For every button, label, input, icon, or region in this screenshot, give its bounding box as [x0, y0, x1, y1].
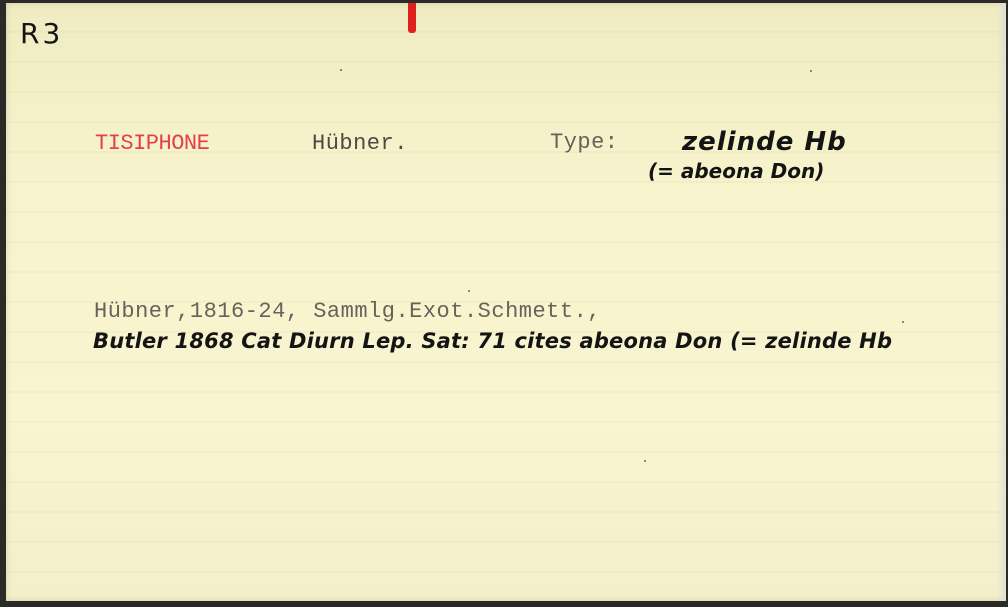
paper-speck [468, 290, 470, 292]
genus-author: Hübner. [312, 131, 408, 156]
genus-name: TISIPHONE [95, 131, 209, 156]
reference-typed: Hübner,1816-24, Sammlg.Exot.Schmett., [94, 299, 601, 324]
type-synonym: (= abeona Don) [648, 159, 824, 183]
card-code: R3 [20, 17, 63, 50]
type-label: Type: [550, 130, 619, 155]
red-tab-mark [408, 3, 416, 33]
paper-speck [902, 321, 904, 323]
paper-speck [644, 460, 646, 462]
paper-speck [340, 69, 342, 71]
index-card: R3 TISIPHONE Hübner. Type: zelinde Hb (=… [6, 3, 1006, 601]
paper-speck [810, 70, 812, 72]
type-species: zelinde Hb [682, 127, 847, 157]
reference-handwritten: Butler 1868 Cat Diurn Lep. Sat: 71 cites… [93, 329, 892, 353]
